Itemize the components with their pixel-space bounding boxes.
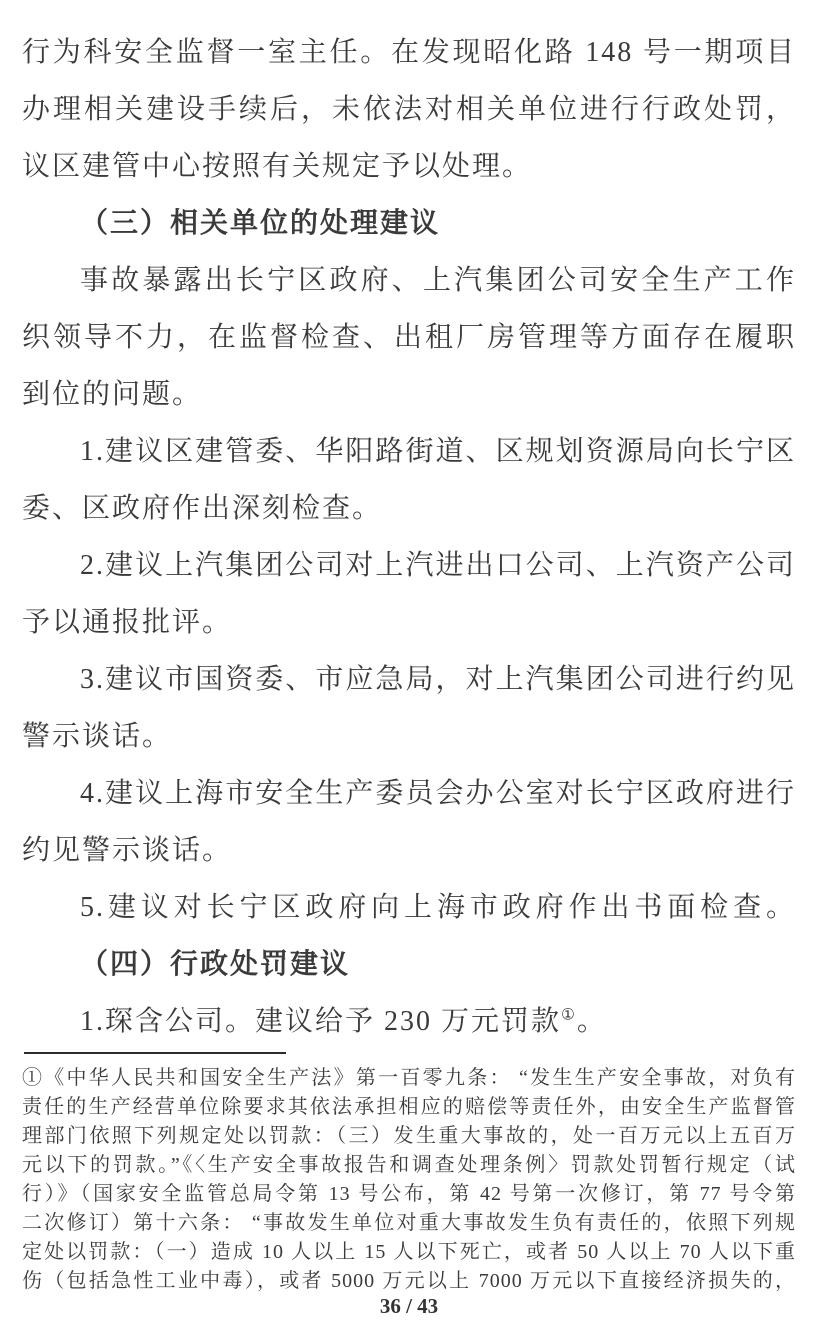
body-line: 议区建管中心按照有关规定予以处理。 — [22, 138, 796, 195]
page-number: 36 / 43 — [0, 1293, 818, 1319]
body-line: 委、区政府作出深刻检查。 — [22, 480, 796, 537]
footnote-line: 理部门依照下列规定处以罚款：（三）发生重大事故的，处一百万元以上五百万 — [22, 1122, 796, 1151]
body-line: 办理相关建设手续后，未依法对相关单位进行行政处罚，建 — [22, 81, 796, 138]
footnote-line: 二次修订）第十六条： “事故发生单位对重大事故发生负有责任的，依照下列规 — [22, 1209, 796, 1238]
body-line-item-5: 5.建议对长宁区政府向上海市政府作出书面检查。 — [22, 879, 796, 936]
footnote-separator-rule — [24, 1052, 286, 1054]
footnotes-block: ①《中华人民共和国安全生产法》第一百零九条： “发生生产安全事故，对负有 责任的… — [22, 1064, 796, 1296]
body-line: 到位的问题。 — [22, 366, 796, 423]
body-line-item-3: 3.建议市国资委、市应急局，对上汽集团公司进行约见 — [22, 651, 796, 708]
body-line-item-4: 4.建议上海市安全生产委员会办公室对长宁区政府进行 — [22, 765, 796, 822]
section-heading-4: （四）行政处罚建议 — [22, 936, 796, 993]
footnote-line: 责任的生产经营单位除要求其依法承担相应的赔偿等责任外，由安全生产监督管 — [22, 1093, 796, 1122]
section-heading-3: （三）相关单位的处理建议 — [22, 195, 796, 252]
report-body: 行为科安全监督一室主任。在发现昭化路 148 号一期项目未 办理相关建设手续后，… — [22, 24, 796, 1050]
footnote-reference-mark: ① — [561, 1007, 577, 1024]
fine-text-tail: 。 — [577, 1006, 607, 1037]
body-line: 行为科安全监督一室主任。在发现昭化路 148 号一期项目未 — [22, 24, 796, 81]
footnote-line: 伤（包括急性工业中毒），或者 5000 万元以上 7000 万元以下直接经济损失… — [22, 1267, 796, 1296]
body-line: 事故暴露出长宁区政府、上汽集团公司安全生产工作组 — [22, 252, 796, 309]
body-line: 约见警示谈话。 — [22, 822, 796, 879]
fine-text: 1.琛含公司。建议给予 230 万元罚款 — [80, 1006, 561, 1037]
body-line-item-fine: 1.琛含公司。建议给予 230 万元罚款①。 — [22, 993, 796, 1050]
footnote-line: ①《中华人民共和国安全生产法》第一百零九条： “发生生产安全事故，对负有 — [22, 1064, 796, 1093]
body-line-item-1: 1.建议区建管委、华阳路街道、区规划资源局向长宁区 — [22, 423, 796, 480]
body-line: 予以通报批评。 — [22, 594, 796, 651]
document-page: 行为科安全监督一室主任。在发现昭化路 148 号一期项目未 办理相关建设手续后，… — [0, 0, 818, 1328]
footnote-line: 定处以罚款：（一）造成 10 人以上 15 人以下死亡，或者 50 人以上 70… — [22, 1238, 796, 1267]
body-line: 警示谈话。 — [22, 708, 796, 765]
footnote-line: 元以下的罚款。”《〈生产安全事故报告和调查处理条例〉罚款处罚暂行规定（试 — [22, 1151, 796, 1180]
body-line: 织领导不力，在监督检查、出租厂房管理等方面存在履职不 — [22, 309, 796, 366]
body-line-item-2: 2.建议上汽集团公司对上汽进出口公司、上汽资产公司 — [22, 537, 796, 594]
footnote-line: 行）》（国家安全监管总局令第 13 号公布，第 42 号第一次修订，第 77 号… — [22, 1180, 796, 1209]
